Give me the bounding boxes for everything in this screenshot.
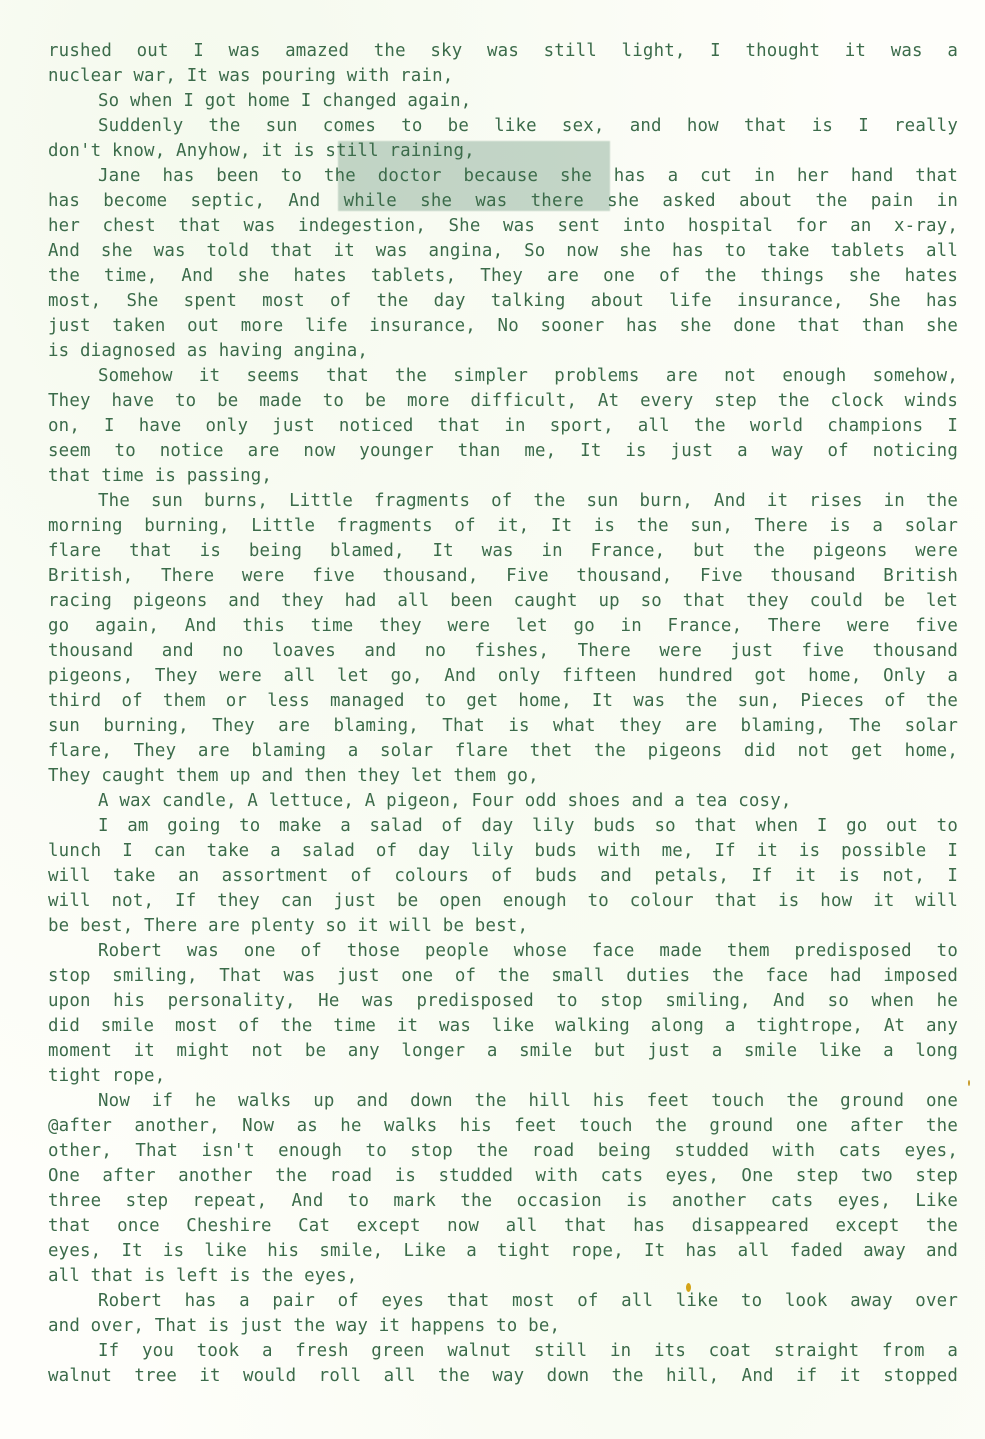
text-line: Suddenly the sun comes to be like sex, a… [48,114,958,139]
text-line: Jane has been to the doctor because she … [48,164,958,189]
text-line: on, I have only just noticed that in spo… [48,414,958,439]
text-line: and over, That is just the way it happen… [48,1314,958,1339]
text-line: They caught them up and then they let th… [48,764,958,789]
text-line: will not, If they can just be open enoug… [48,889,958,914]
text-line: just taken out more life insurance, No s… [48,314,958,339]
text-line: other, That isn't enough to stop the roa… [48,1139,958,1164]
text-line: flare, They are blaming a solar flare th… [48,739,958,764]
text-line: don't know, Anyhow, it is still raining, [48,139,958,164]
text-line: seem to notice are now younger than me, … [48,439,958,464]
text-line: stop smiling, That was just one of the s… [48,964,958,989]
text-line: upon his personality, He was predisposed… [48,989,958,1014]
text-line: rushed out I was amazed the sky was stil… [48,39,958,64]
text-line: tight rope, [48,1064,958,1089]
text-line: that once Cheshire Cat except now all th… [48,1214,958,1239]
text-line: morning burning, Little fragments of it,… [48,514,958,539]
text-line: three step repeat, And to mark the occas… [48,1189,958,1214]
text-line: The sun burns, Little fragments of the s… [48,489,958,514]
text-line: has become septic, And while she was the… [48,189,958,214]
text-line: If you took a fresh green walnut still i… [48,1339,958,1364]
text-line: go again, And this time they were let go… [48,614,958,639]
text-line: Now if he walks up and down the hill his… [48,1089,958,1114]
text-line: the time, And she hates tablets, They ar… [48,264,958,289]
text-line: A wax candle, A lettuce, A pigeon, Four … [48,789,958,814]
text-line: And she was told that it was angina, So … [48,239,958,264]
ink-speck [968,1080,970,1086]
text-line: is diagnosed as having angina, [48,339,958,364]
text-line: did smile most of the time it was like w… [48,1014,958,1039]
document-body: rushed out I was amazed the sky was stil… [48,39,958,1389]
text-line: will take an assortment of colours of bu… [48,864,958,889]
text-line: I am going to make a salad of day lily b… [48,814,958,839]
text-line: nuclear war, It was pouring with rain, [48,64,958,89]
text-line: Robert has a pair of eyes that most of a… [48,1289,958,1314]
text-line: moment it might not be any longer a smil… [48,1039,958,1064]
text-line: flare that is being blamed, It was in Fr… [48,539,958,564]
text-line: her chest that was indegestion, She was … [48,214,958,239]
text-line: lunch I can take a salad of day lily bud… [48,839,958,864]
text-line: So when I got home I changed again, [48,89,958,114]
text-line: Somehow it seems that the simpler proble… [48,364,958,389]
text-line: British, There were five thousand, Five … [48,564,958,589]
text-line: that time is passing, [48,464,958,489]
text-line: all that is left is the eyes, [48,1264,958,1289]
text-line: eyes, It is like his smile, Like a tight… [48,1239,958,1264]
text-line: Robert was one of those people whose fac… [48,939,958,964]
text-line: thousand and no loaves and no fishes, Th… [48,639,958,664]
text-line: One after another the road is studded wi… [48,1164,958,1189]
text-line: most, She spent most of the day talking … [48,289,958,314]
text-line: They have to be made to be more difficul… [48,389,958,414]
text-line: third of them or less managed to get hom… [48,689,958,714]
text-line: pigeons, They were all let go, And only … [48,664,958,689]
text-line: sun burning, They are blaming, That is w… [48,714,958,739]
text-line: @after another, Now as he walks his feet… [48,1114,958,1139]
text-line: racing pigeons and they had all been cau… [48,589,958,614]
text-line: walnut tree it would roll all the way do… [48,1364,958,1389]
text-line: be best, There are plenty so it will be … [48,914,958,939]
scanned-page: rushed out I was amazed the sky was stil… [0,0,985,1439]
